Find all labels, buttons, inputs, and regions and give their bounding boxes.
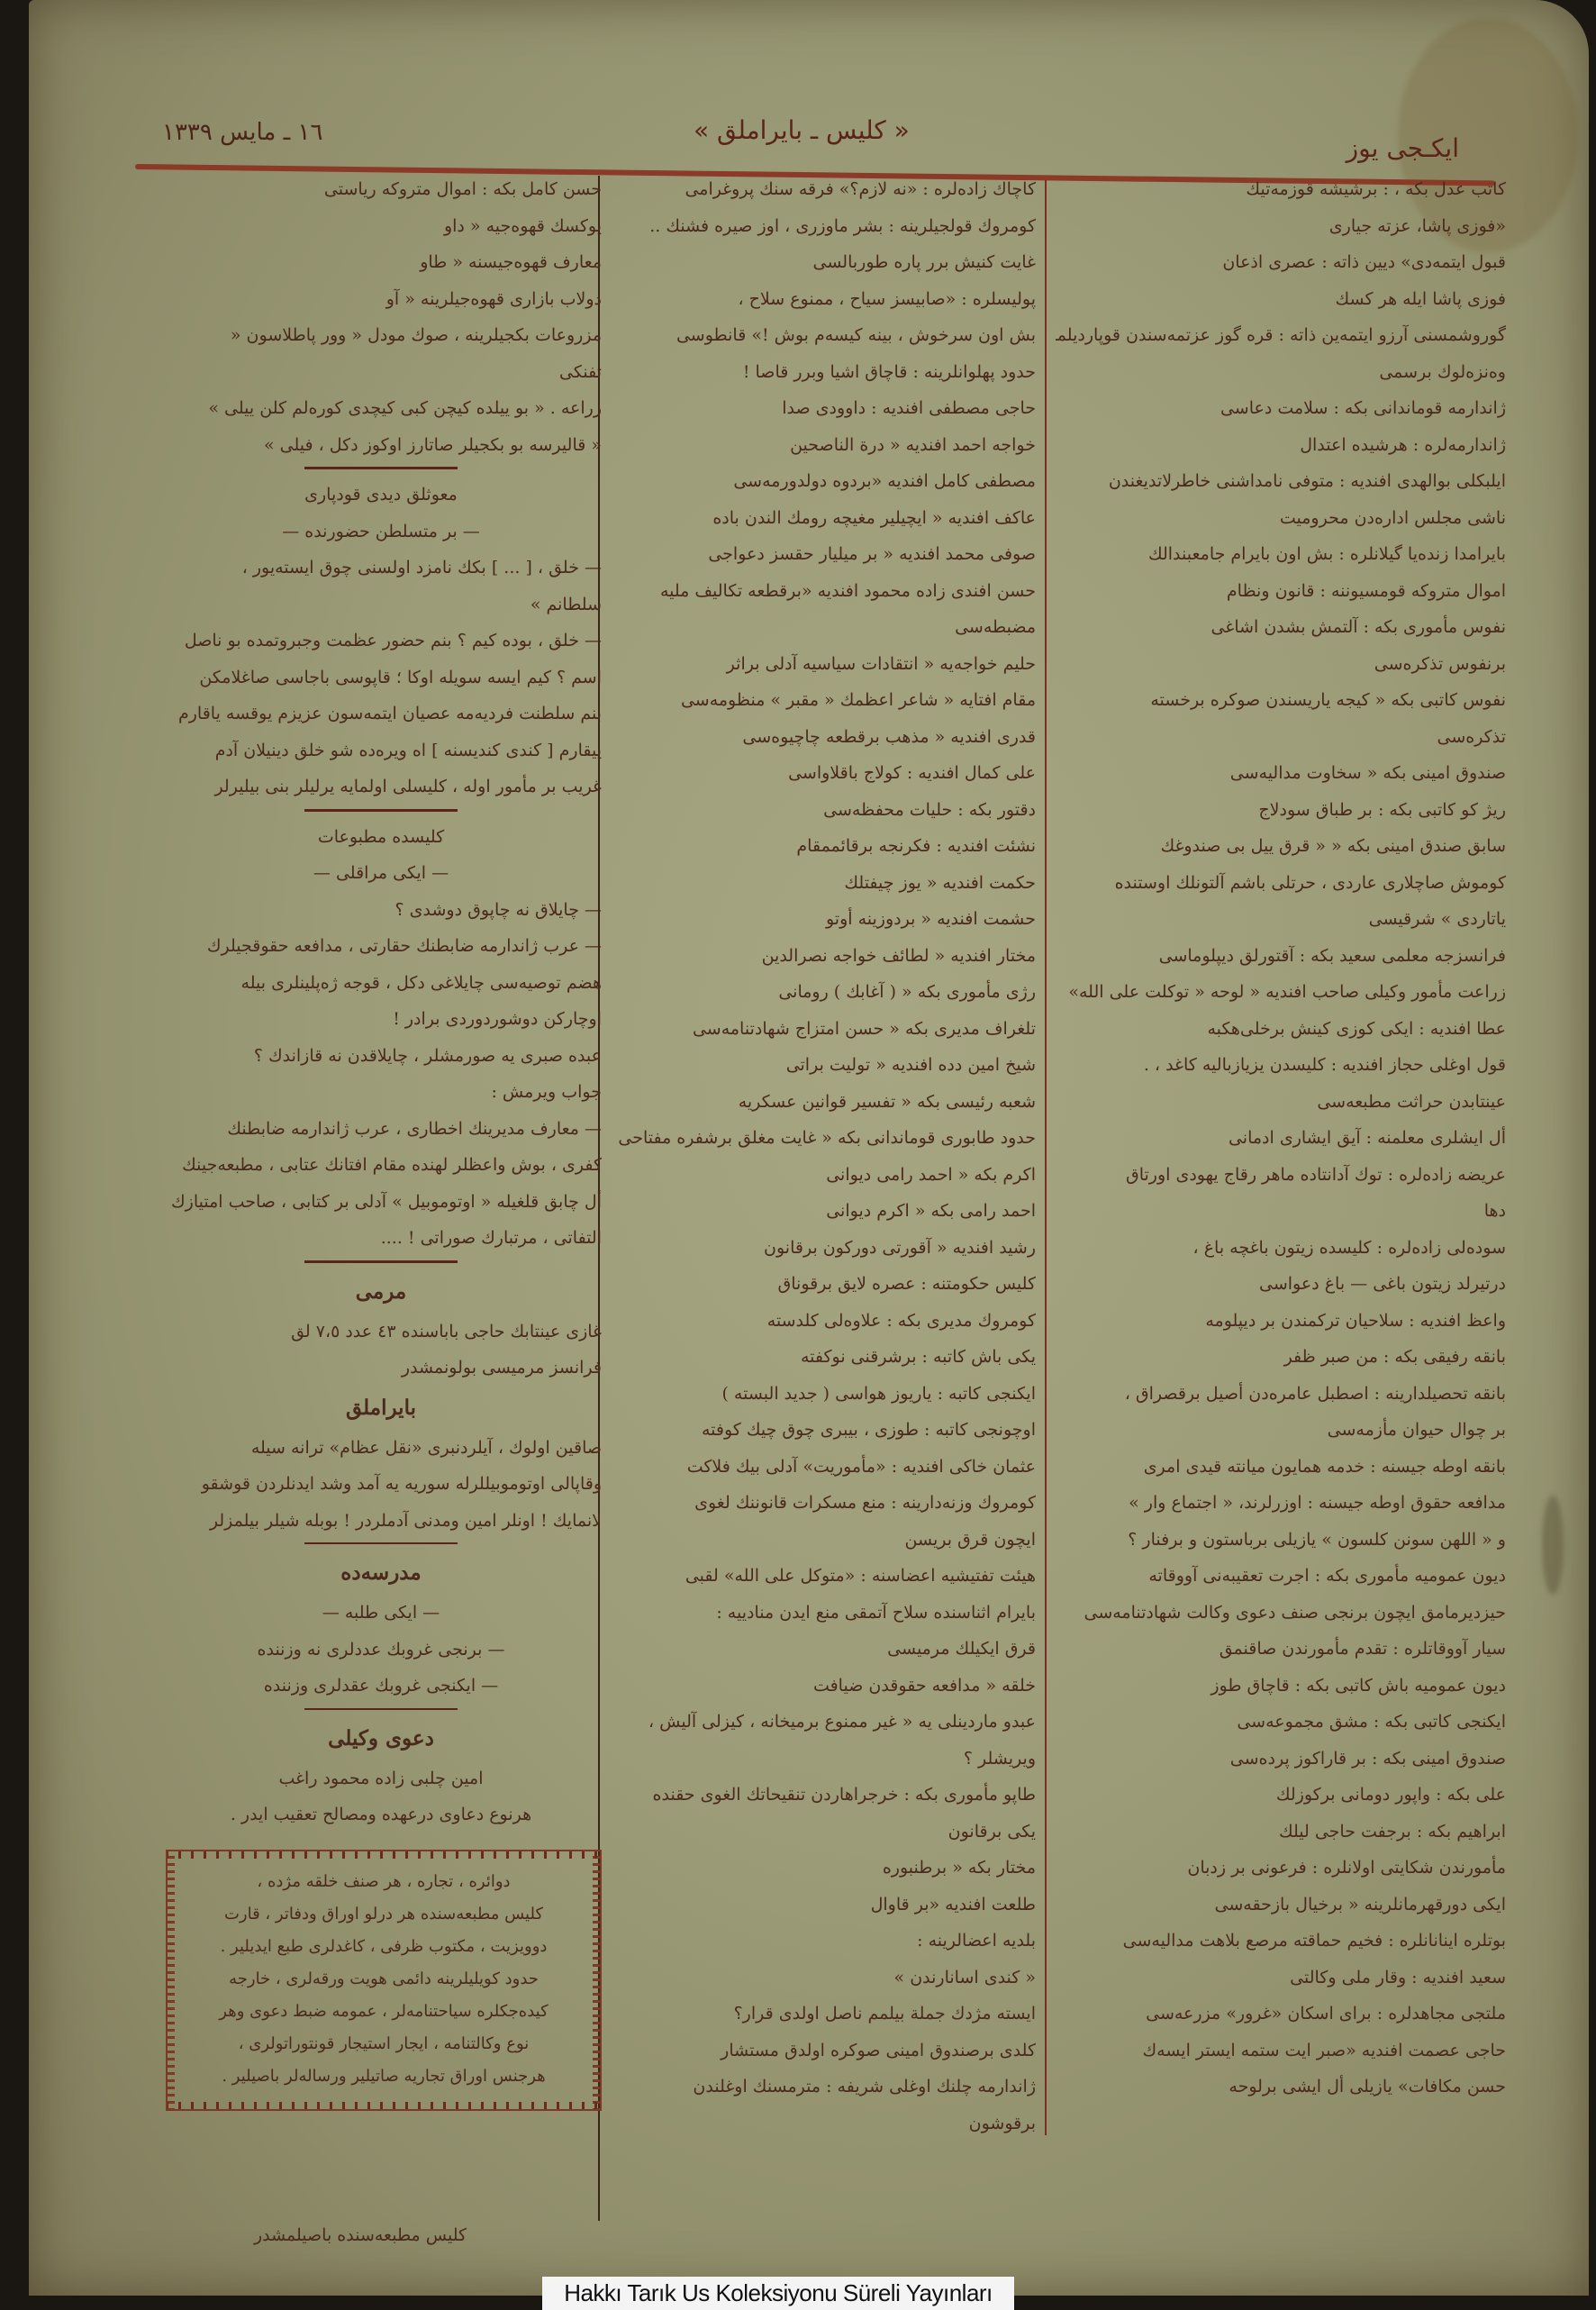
text-line: — برنجى غروبك عددلرى نه وزننده [160,1632,602,1669]
text-line: حاجى مصطفى افنديه : داوودى صدا [612,390,1036,427]
text-line: امين چلبى زاده محمود راغب [160,1760,602,1797]
section-title: بايراملق [160,1387,602,1430]
text-line: ديون عموميه باش كاتبى بكه : قاچاق طوز [1056,1668,1506,1705]
section-title: معوثلق ديدى قودپارى [160,477,602,514]
text-line: معارف قهوه‌جيسنه « طاو [160,244,602,281]
text-line: وقاپالى اوتوموبيللرله سوريه يه آمد وشد ا… [160,1466,602,1503]
text-line: بلديه اعضالرينه : [612,1923,1036,1960]
text-line: نشئت افنديه : فكرنجه برقائممقام [612,828,1036,865]
text-line: مضبطه‌سى [612,609,1036,646]
text-line: احمد رامى بكه « اكرم ديوانى [612,1193,1036,1230]
text-line: قرق ايكيلك مرميسى [612,1631,1036,1668]
text-line: دولاب بازارى قهوه‌جيلرينه « آو [160,281,602,318]
text-line: صوفى محمد افنديه « بر ميليار حقسز دعواجى [612,536,1036,573]
text-line: سلطانم » [160,587,602,623]
text-line: رشيد افنديه « آقورتى دوركون برقانون [612,1230,1036,1267]
text-line: « قاليرسه بو بكجيلر صاتارز اوكوز دكل ، ف… [160,427,602,464]
text-line: حسن كامل بكه : اموال متروكه رياستى [160,171,602,208]
text-line: شيخ امين دده افنديه « توليت براتى [612,1047,1036,1084]
text-line: تذكره‌سى [1056,719,1506,756]
text-line: خلقه « مدافعه حقوقدن ضيافت [612,1668,1036,1705]
text-line: هيئت تفتيشيه اعضاسنه : «متوكل على الله» … [612,1558,1036,1595]
text-line: — خلق ، بوده كيم ؟ بنم حضور عظمت وجبروتم… [160,623,602,659]
text-line: ناشى مجلس اداره‌دن محروميت [1056,500,1506,537]
text-line: صندوق امينى بكه « سخاوت مداليه‌سى [1056,755,1506,792]
text-line: أل چابق قلغيله « اوتوموبيل » آدلى بر كتا… [160,1184,602,1221]
text-line: فرانسزجه معلمى سعيد بكه : آقتورلق ديپلوم… [1056,938,1506,975]
text-line: بر چوال حيوان مأزمه‌سى [1056,1412,1506,1449]
text-line: سعيد افنديه : وقار ملى وكالتى [1056,1960,1506,1996]
text-line: صندوق امينى بكه : بر قاراكوز پرده‌سى [1056,1741,1506,1778]
text-line: جواب ويرمش : [160,1074,602,1111]
text-line: قبول ايتمه‌دى» ديين ذاته : عصرى اذعان [1056,244,1506,281]
text-line: قول اوغلى حجاز افنديه : كليسدن يزيازبالي… [1056,1047,1506,1084]
text-line: گوروشمسنى آرزو ايتمه‌ين ذاته : قره گوز ع… [1056,317,1506,354]
text-line: كاچاك زاده‌لره : «نه لازم؟» فرقه سنك پرو… [612,171,1036,208]
text-line: ريژ كو كاتبى بكه : بر طباق سودلاج [1056,792,1506,829]
text-line: ژاندارمه قوماندانى بكه : سلامت دعاسى [1056,390,1506,427]
text-line: تفنكى [160,354,602,391]
text-line: برقوشون [612,2105,1036,2142]
text-line: مصطفى كامل افنديه «بردوه دولدورمه‌سى [612,463,1036,500]
section-rule [304,809,458,812]
issue-date: ١٦ ـ مايس ١٣٣٩ [162,119,322,146]
text-line: حليم خواجه‌يه « انتقادات سياسيه آدلى برا… [612,646,1036,683]
text-line: ايسته مژدك جملة بيلمم ناصل اولدى قرار؟ [612,1996,1036,2033]
text-line: ايكى دورقهرمانلرينه « برخيال بازحقه‌سى [1056,1887,1506,1923]
text-line: ايكنجى كاتبه : ياريوز هواسى ( جديد البست… [612,1376,1036,1413]
text-line: اوچونجى كاتبه : طوزى ، بيبرى چوق چيك كوف… [612,1412,1036,1449]
text-line: على كمال افنديه : كولاج باقلاواسى [612,755,1036,792]
text-line: ايچون قرق بريسن [612,1522,1036,1559]
text-line: اموال متروكه قومسيوننه : قانون ونظام [1056,573,1506,610]
text-line: قدرى افنديه « مذهب برقطعه چاچيوه‌سى [612,719,1036,756]
section-title: مرمى [160,1270,602,1314]
text-line: بايرام اثناسنده سلاح آتمقى منع ايدن مناد… [612,1595,1036,1632]
text-line: حسن افندى زاده محمود افنديه «برقطعه تكال… [612,573,1036,610]
text-line: دوائره ، تجاره ، هر صنف خلقه مژده ، [189,1866,578,1898]
text-line: كومروك قولجيلرينه : بشر ماوزرى ، اوز صير… [612,208,1036,245]
text-line: « كندى اسانارندن » [612,1960,1036,1996]
text-line: و « اللهن سونن كلسون » يازيلى برباستون و… [1056,1522,1506,1559]
text-line: غايت كنيش برر پاره طوربالسى [612,244,1036,281]
text-line: واعظ افنديه : سلاحيان تركمندن بر ديپلومه [1056,1303,1506,1340]
text-line: — چايلاق نه چاپوق دوشدى ؟ [160,892,602,929]
section-subtitle: — بر متسلطن حضورنده — [160,514,602,550]
section-title: كليسده مطبوعات [160,819,602,856]
text-line: هضم توصيه‌سى چايلاغى دكل ، قوجه ژه‌پلينل… [160,965,602,1002]
text-line: ابراهيم بكه : برجفت حاجى ليلك [1056,1814,1506,1851]
text-line: يكى برقانون [612,1814,1036,1851]
text-line: عثمان خاكى افنديه : «مأموريت» آدلى بيك ف… [612,1449,1036,1486]
text-line: على بكه : واپور دومانى بركوزلك [1056,1777,1506,1814]
text-line: مدافعه حقوق اوطه جيسنه : اوزرلرند، « اجت… [1056,1485,1506,1522]
text-line: حدود كويليلرينه دائمى هويت ورقه‌لرى ، خا… [189,1963,578,1996]
text-line: حدود پهلوانلرينه : قاچاق اشيا وبرر قاصا … [612,354,1036,391]
text-line: بانقه اوطه جيسنه : خدمه همايون ميانته قي… [1056,1449,1506,1486]
text-line: عاكف افنديه « ايچيلير مغيچه رومك الندن ب… [612,500,1036,537]
text-line: بوتلره اينانانلره : فخيم حماقته مرصع بلا… [1056,1923,1506,1960]
text-line: درتيرلد زيتون باغى — باغ دعواسى [1056,1266,1506,1303]
text-line: كومروك مديرى بكه : علاوه‌لى كلدسته [612,1303,1036,1340]
text-line: حيزديرمامق ايچون برنجى صنف دعوى وكالت شه… [1056,1595,1506,1632]
text-line: كوموش صاچلارى عاردى ، حرتلى باشم آلتونلك… [1056,865,1506,902]
text-line: عبده صبرى يه صورمشلر ، چايلاقدن نه قازان… [160,1038,602,1075]
text-line: — عرب ژاندارمه ضابطنك حقارتى ، مدافعه حق… [160,928,602,965]
text-line: بانقه تحصيلدارينه : اصطبل عامره‌دن أصيل … [1056,1376,1506,1413]
text-line: زراعه . « بو ييلده كيچن كبى كيچدى كوره‌ل… [160,390,602,427]
text-line: تلغراف مديرى بكه « حسن امتزاج شهادتنامه‌… [612,1011,1036,1048]
text-line: وه‌نزه‌لوك برسمى [1056,354,1506,391]
text-line: ويريشلر ؟ [612,1741,1036,1778]
text-line: ياتاردى » شرقيسى [1056,901,1506,938]
section-subtitle: — ايكى طلبه — [160,1595,602,1632]
text-line: كفرى ، بوش واعظلر لهنده مقام افتانك عتاب… [160,1147,602,1184]
text-line: هرنوع دعاوى درعهده ومصالح تعقيب ايدر . [160,1796,602,1833]
text-line: زراعت مأمور وكيلى صاحب افنديه « لوحه « ت… [1056,974,1506,1011]
text-line: ايكنجى كاتبى بكه : مشق مجموعه‌سى [1056,1704,1506,1741]
text-line: مختار افنديه « لطائف خواجه نصرالدين [612,938,1036,975]
text-line: فرانسز مرميسى بولونمشدر [160,1350,602,1387]
text-line: مأمورندن شكايتى اولانلره : فرعونى بر زدب… [1056,1850,1506,1887]
text-line: حاجى عصمت افنديه «صبر ايت ستمه ايستر ايس… [1056,2033,1506,2069]
text-line: عطا افنديه : ايكى كوزى كينش برخلى‌هكبه [1056,1011,1506,1048]
text-line: بنم سلطنت فرديه‌مه عصيان ايتمه‌سون عزيزم… [160,696,602,732]
text-line: هرجنس اوراق تجاريه صاتيلير ورساله‌لر باص… [189,2060,578,2093]
text-line: دقتور بكه : حليات محفظه‌سى [612,792,1036,829]
masthead: ١٦ ـ مايس ١٣٣٩ « كليس ـ بايراملق » ايكـج… [135,108,1495,162]
text-line: نوع وكالتنامه ، ايجار استيجار قونتوراتول… [189,2028,578,2060]
text-line: بانقه رفيقى بكه : من صبر ظفر [1056,1339,1506,1376]
text-line: ييقارم [ كندى كنديسنه ] اه ويره‌ده شو خل… [160,732,602,769]
section-subtitle: — ايكى مراقلى — [160,855,602,892]
text-line: ملتجى مجاهدلره : براى اسكان «غرور» مزرعه… [1056,1996,1506,2033]
text-line: عبدو ماردينلى يه « غير ممنوع برميخانه ، … [612,1704,1036,1741]
text-line: ژاندارمه چلنك اوغلى شريفه : مترمسنك اوغل… [612,2069,1036,2105]
text-line: كليس مطبعه‌سنده هر درلو اوراق ودفاتر ، ق… [189,1898,578,1931]
text-line: يكى باش كاتبه : برشرقنى نوكفته [612,1339,1036,1376]
text-line: سيار آووقاتلره : تقدم مأمورندن صاقنمق [1056,1631,1506,1668]
text-line: صاقين اولوك ، آيلردنبرى «نقل عظام» ترانه… [160,1430,602,1467]
text-line: اوچاركن دوشوردوردى برادر ! [160,1001,602,1038]
text-line: عريضه زاده‌لره : توك آدانتاده ماهر رقاج … [1056,1157,1506,1194]
text-line: ديون عموميه مأمورى بكه : اجرت تعقيبه‌نى … [1056,1558,1506,1595]
text-line: طلعت افنديه «بر قاوال [612,1887,1036,1923]
text-line: مختار بكه « برطنبوره [612,1850,1036,1887]
text-line: حكمت افنديه « يوز چيفتلك [612,865,1036,902]
text-line: سوده‌لى زاده‌لره : كليسده زيتون باغچه با… [1056,1230,1506,1267]
text-line: اسم ؟ كيم ايسه سويله اوكا ؛ قاپوسى باجاس… [160,659,602,696]
text-line: بايرامدا زنده‌يا گيلانلره : بش اون بايرا… [1056,536,1506,573]
text-line: رژى مأمورى بكه « ( آغابك ) رومانى [612,974,1036,1011]
text-line: غريب بر مأمور اوله ، كليسلى اولمايه يرلي… [160,768,602,805]
page-section-label: ايكـجى يوز [1347,133,1459,163]
section-title: مدرسه‌ده [160,1551,602,1595]
text-line: غازى عينتابك حاجى باباسنده ٤٣ عدد ٧،٥ لق [160,1314,602,1351]
column-divider [1045,180,1047,2135]
text-line: يوكسك قهوه‌جيه « داو [160,208,602,245]
column-right: كاتب عدل بكه ، : برشيشه قوزمه‌تيك«فوزى پ… [1056,171,1506,2105]
text-line: حسن مكافات» يازيلى أل ايشى برلوحه [1056,2069,1506,2105]
text-line: كليس حكومتنه : عصره لايق برقوناق [612,1266,1036,1303]
newspaper-title: « كليس ـ بايراملق » [694,115,910,145]
text-line: برنفوس تذكره‌سى [1056,646,1506,683]
section-rule [304,467,458,469]
text-line: پوليسلره : «صابيسز سياح ، ممنوع سلاح ، [612,281,1036,318]
text-line: دها [1056,1193,1506,1230]
text-line: «فوزى پاشا، عزته جيارى [1056,208,1506,245]
text-line: — معارف مديرينك اخطارى ، عرب ژاندارمه ضا… [160,1111,602,1148]
column-left: حسن كامل بكه : اموال متروكه رياستىيوكسك … [160,171,602,2116]
text-line: خواجه احمد افنديه « درة الناصحين [612,427,1036,464]
text-line: لانمايك ! اونلر امين ومدنى آدملردر ! بوب… [160,1503,602,1540]
text-line: شعبه رئيسى بكه « تفسير قوانين عسكريه [612,1084,1036,1121]
archive-watermark: Hakkı Tarık Us Koleksiyonu Süreli Yayınl… [542,2277,1014,2310]
text-line: حدود طابورى قوماندانى بكه « غايت مغلق بر… [612,1120,1036,1157]
text-line: دوويزيت ، مكتوب ظرفى ، كاغدلرى طبع ايديل… [189,1931,578,1963]
text-line: — خلق ، [ ... ] بكك نامزد اولسنى چوق ايس… [160,550,602,587]
text-line: مقام افتايه « شاعر اعظمك « مقبر » منظومه… [612,682,1036,719]
text-line: حشمت افنديه « بردوزينه أوتو [612,901,1036,938]
text-line: نفوس كاتبى بكه « كيجه ياريسندن صوكره برخ… [1056,682,1506,719]
text-line: سابق صندق امينى بكه « « قرق ييل بى صندوغ… [1056,828,1506,865]
section-rule [304,1260,458,1263]
text-line: كلدى برصندوق امينى صوكره اولدق مستشار [612,2033,1036,2069]
section-rule [304,1542,458,1544]
text-line: طاپو مأمورى بكه : خرجراهاردن تنقيحاتك ال… [612,1777,1036,1814]
text-line: عينتابدن حراثت مطبعه‌سى [1056,1084,1506,1121]
text-line: نفوس مأمورى بكه : آلتمش بشدن اشاغى [1056,609,1506,646]
text-line: مزروعات بكجيلرينه ، صوك مودل « وور پاطلا… [160,317,602,354]
print-shop-advertisement: دوائره ، تجاره ، هر صنف خلقه مژده ،كليس … [160,1844,607,2116]
text-line: التفاتى ، مرتبارك صوراتى ! .... [160,1220,602,1257]
text-line: كومروك وزنه‌دارينه : منع مسكرات قانوننك … [612,1485,1036,1522]
text-line: ژاندارمه‌لره : هرشيده اعتدال [1056,427,1506,464]
text-line: — ايكنجى غروبك عقدلرى وزننده [160,1668,602,1705]
text-line: فوزى پاشا ايله هر كسك [1056,281,1506,318]
section-title: دعوى وكيلى [160,1717,602,1760]
text-line: بش اون سرخوش ، بينه كيسه‌م بوش !» قانطوس… [612,317,1036,354]
text-line: كيده‌جكلره سياحتنامه‌لر ، عمومه ضبط دعوى… [189,1996,578,2028]
printer-imprint: كليس مطبعه‌سنده باصيلمشدر [135,2225,585,2245]
text-line: اكرم بكه « احمد رامى ديوانى [612,1157,1036,1194]
text-line: أل ايشلرى معلمنه : آيق ايشارى ادمانى [1056,1120,1506,1157]
section-rule [304,1708,458,1710]
paper-stain [1542,1496,1564,1595]
text-line: كاتب عدل بكه ، : برشيشه قوزمه‌تيك [1056,171,1506,208]
text-line: ايلبكلى بوالهدى افنديه : متوفى نامداشنى … [1056,463,1506,500]
column-middle: كاچاك زاده‌لره : «نه لازم؟» فرقه سنك پرو… [612,171,1036,2142]
